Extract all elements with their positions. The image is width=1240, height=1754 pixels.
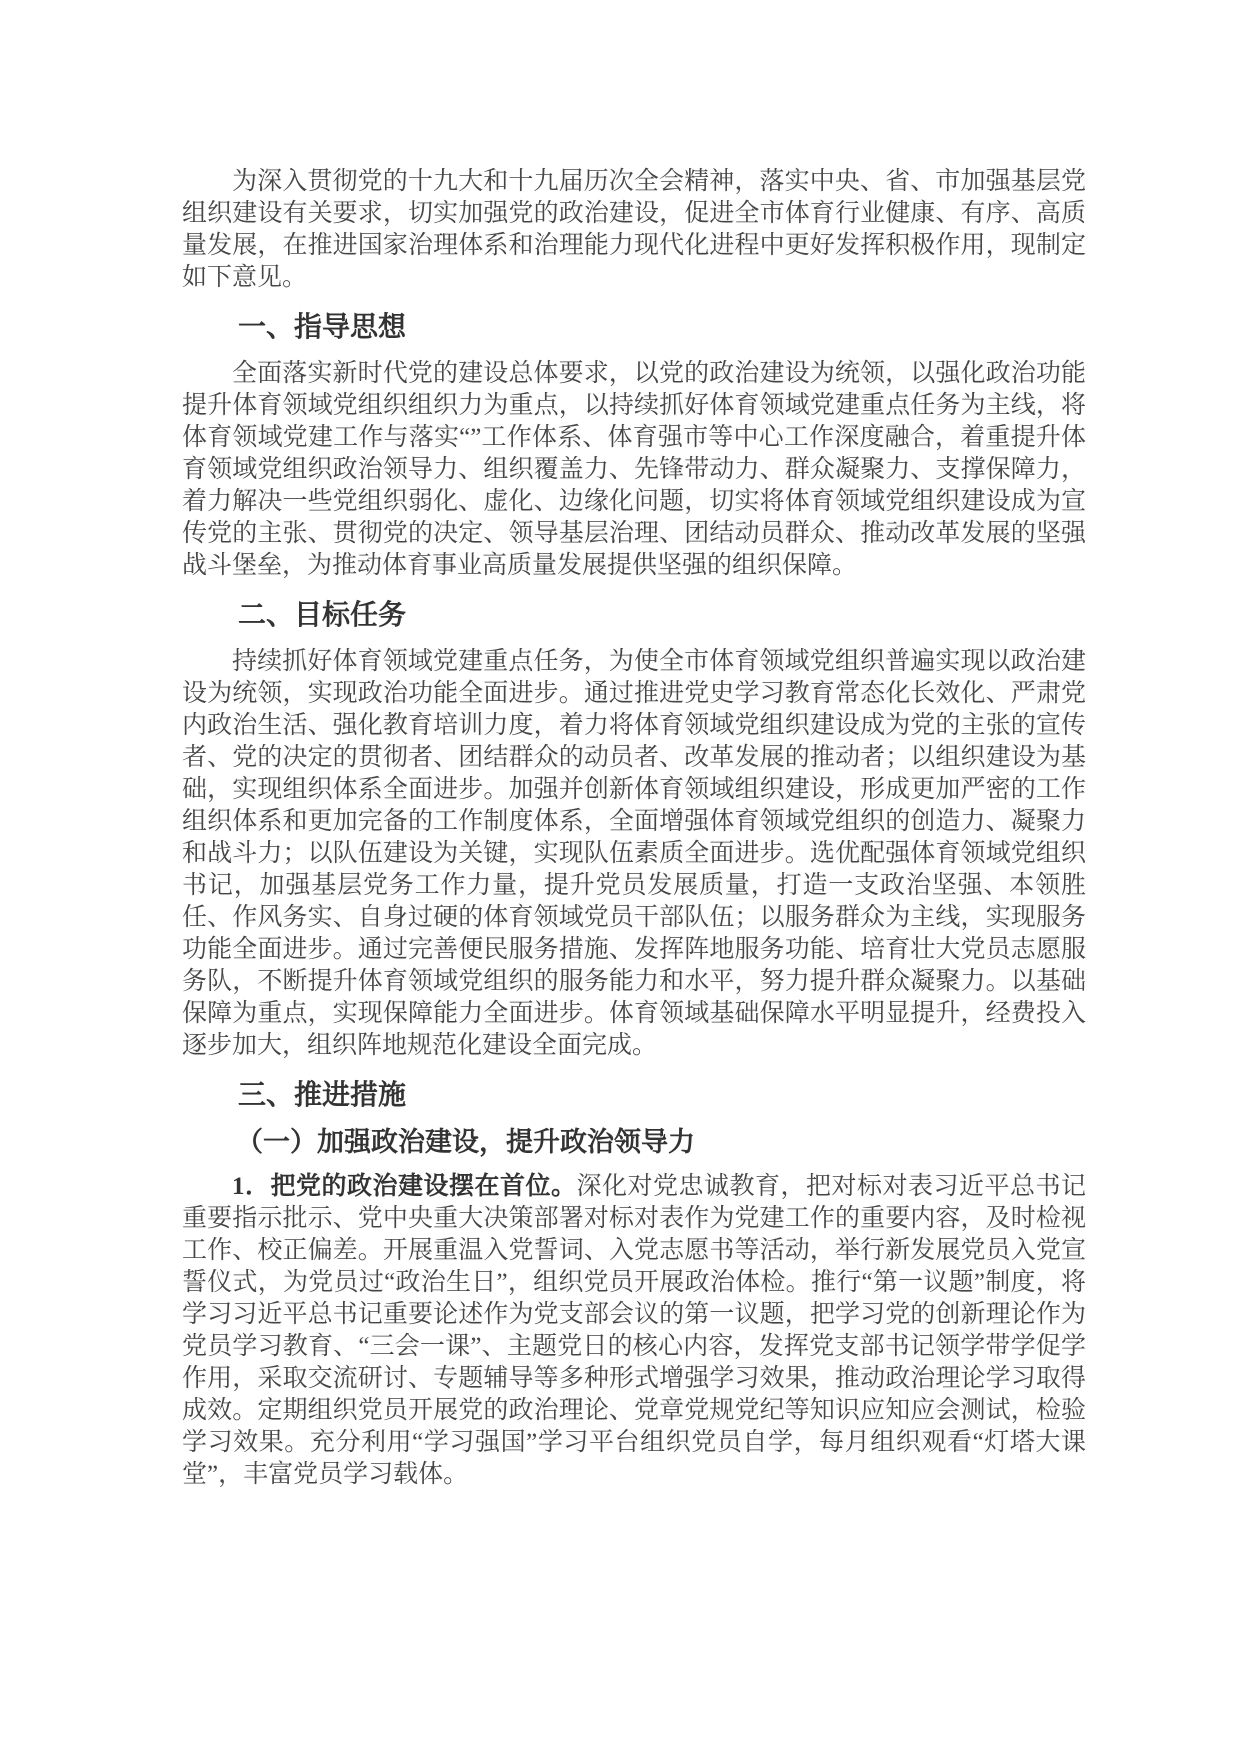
document-page: 为深入贯彻党的十九大和十九届历次全会精神，落实中央、省、市加强基层党组织建设有关… — [0, 0, 1240, 1754]
item-1-lead-text: 1．把党的政治建设摆在首位。 — [232, 1173, 577, 1200]
section-2-paragraph: 持续抓好体育领域党建重点任务，为使全市体育领域党组织普遍实现以政治建设为统领，实… — [182, 646, 1086, 1062]
section-3-item-1-paragraph: 1．把党的政治建设摆在首位。深化对党忠诚教育，把对标对表习近平总书记重要指示批示… — [182, 1171, 1086, 1491]
section-3-subsection-1-heading: （一）加强政治建设，提升政治领导力 — [182, 1126, 1086, 1159]
section-3-heading: 三、推进措施 — [182, 1078, 1086, 1111]
intro-paragraph: 为深入贯彻党的十九大和十九届历次全会精神，落实中央、省、市加强基层党组织建设有关… — [182, 166, 1086, 294]
section-1-heading: 一、指导思想 — [182, 310, 1086, 343]
item-1-body-text: 深化对党忠诚教育，把对标对表习近平总书记重要指示批示、党中央重大决策部署对标对表… — [182, 1173, 1086, 1488]
section-2-heading: 二、目标任务 — [182, 598, 1086, 631]
section-1-paragraph: 全面落实新时代党的建设总体要求，以党的政治建设为统领，以强化政治功能提升体育领域… — [182, 358, 1086, 582]
